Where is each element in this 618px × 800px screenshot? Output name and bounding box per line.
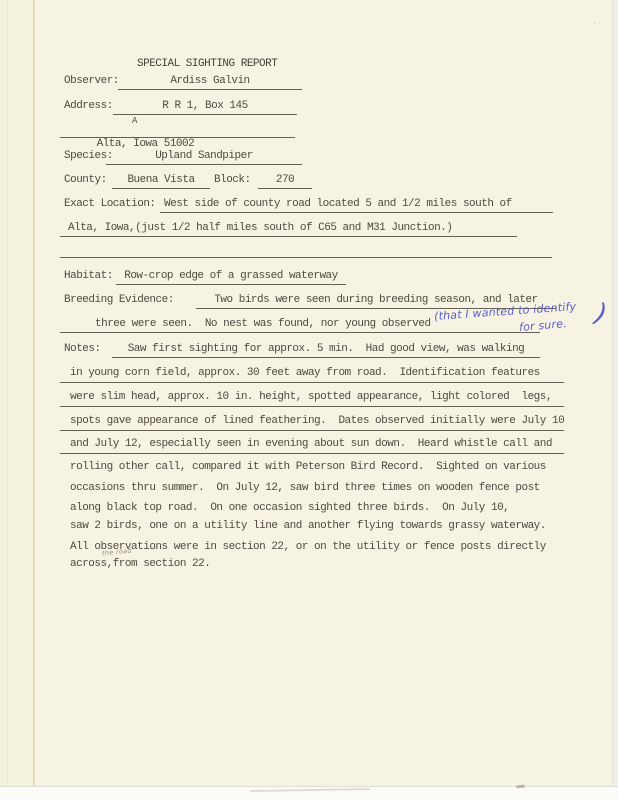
page-right-edge-strip	[613, 0, 618, 800]
block-value: 270	[258, 173, 312, 189]
notes-line-2: in young corn field, approx. 30 feet awa…	[60, 366, 564, 383]
page-left-edge-line	[7, 0, 8, 800]
species-row: Species: Upland Sandpiper	[0, 149, 618, 166]
address-row-2: AAlta, Iowa 51002	[0, 122, 618, 139]
notes-line-1: Saw first sighting for approx. 5 min. Ha…	[112, 342, 540, 358]
notes-line-6: rolling other call, compared it with Pet…	[60, 460, 564, 476]
observer-value: Ardiss Galvin	[118, 74, 302, 90]
habitat-value: Row-crop edge of a grassed waterway	[116, 269, 346, 285]
exact-location-row: Exact Location: West side of county road…	[0, 197, 618, 214]
address-label: Address:	[64, 99, 113, 114]
habitat-label: Habitat:	[64, 269, 113, 284]
notes-row: Notes: Saw first sighting for approx. 5 …	[0, 342, 618, 359]
county-value: Buena Vista	[112, 173, 210, 189]
scanned-document-page: ’ ’ SPECIAL SIGHTING REPORT Observer: Ar…	[0, 0, 618, 800]
notes-line-8: along black top road. On one occasion si…	[60, 501, 564, 517]
page-left-margin-strip	[0, 0, 33, 800]
notes-line-5: and July 12, especially seen in evening …	[60, 437, 564, 454]
blank-entry-line	[60, 242, 552, 258]
observer-row: Observer: Ardiss Galvin	[0, 74, 618, 91]
exact-location-line2: Alta, Iowa,(just 1/2 half miles south of…	[60, 221, 517, 237]
corner-pencil-marks: ’ ’	[592, 21, 600, 30]
blank-rule-row	[0, 242, 618, 259]
notes-line-11: across,from section 22.	[60, 557, 564, 573]
notes-line-10: All observations were in section 22, or …	[60, 540, 564, 556]
report-title: SPECIAL SIGHTING REPORT	[137, 57, 277, 72]
habitat-row: Habitat: Row-crop edge of a grassed wate…	[0, 269, 618, 286]
observer-label: Observer:	[64, 74, 119, 89]
address-value-line2: AAlta, Iowa 51002	[60, 122, 295, 138]
vertical-fold-line	[33, 0, 35, 800]
notes-line-7: occasions thru summer. On July 12, saw b…	[60, 481, 564, 497]
notes-line-9: saw 2 birds, one on a utility line and a…	[60, 519, 564, 535]
species-value: Upland Sandpiper	[106, 149, 302, 165]
typed-overstrike-letter: A	[96, 114, 137, 129]
breeding-evidence-label: Breeding Evidence:	[64, 293, 174, 308]
exact-location-line1: West side of county road located 5 and 1…	[160, 197, 553, 213]
page-right-edge-line	[612, 0, 613, 800]
address-row: Address: R R 1, Box 145	[0, 99, 618, 116]
address-value-line1: R R 1, Box 145	[113, 99, 297, 115]
notes-line-3: were slim head, approx. 10 in. height, s…	[60, 390, 564, 407]
exact-location-row-2: Alta, Iowa,(just 1/2 half miles south of…	[0, 221, 618, 238]
county-block-row: County: Buena Vista Block: 270	[0, 173, 618, 190]
exact-location-label: Exact Location:	[64, 197, 156, 212]
county-label: County:	[64, 173, 107, 188]
block-label: Block:	[214, 173, 251, 188]
notes-label: Notes:	[64, 342, 101, 357]
notes-line-4: spots gave appearance of lined featherin…	[60, 414, 564, 431]
